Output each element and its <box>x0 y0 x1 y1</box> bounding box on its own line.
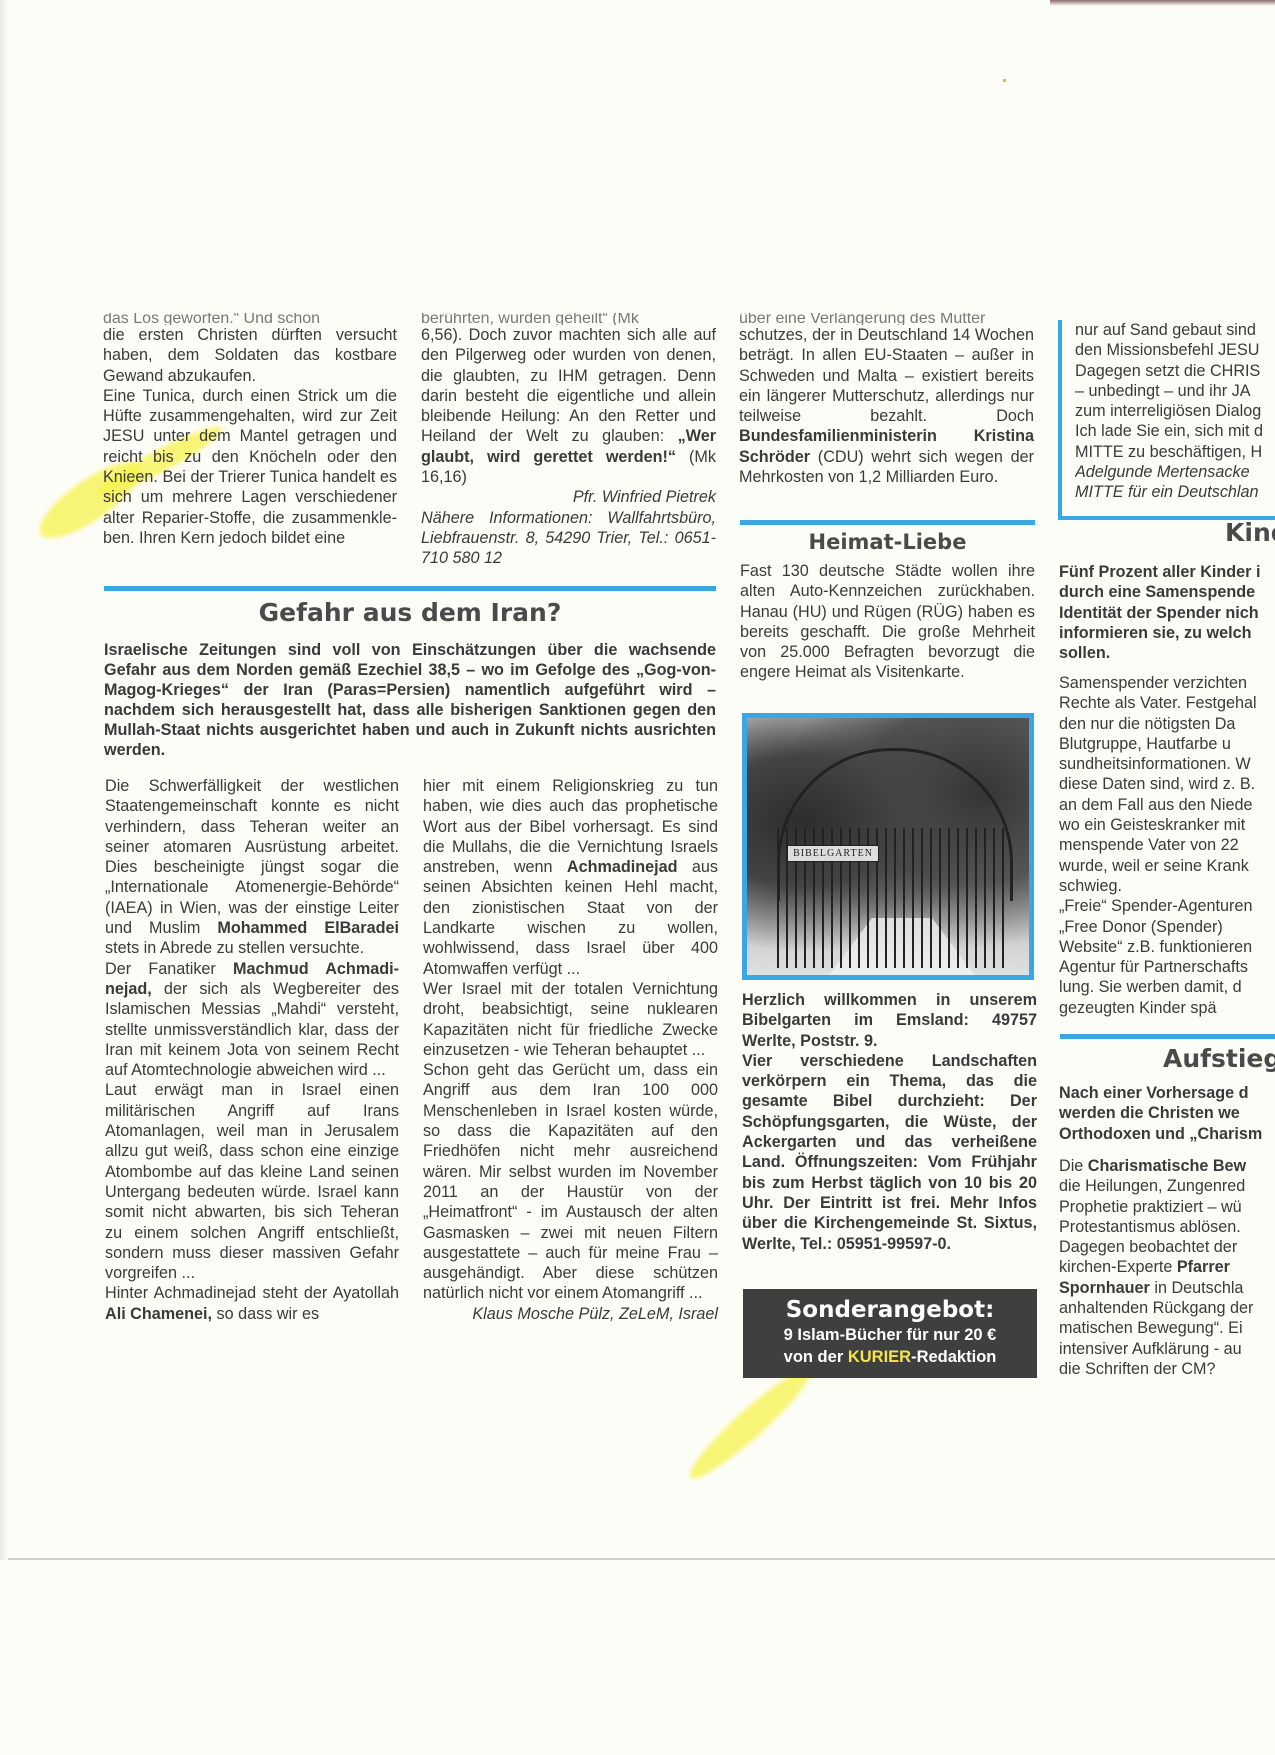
author-byline: MITTE für ein Deutschlan <box>1075 482 1275 502</box>
iran-column-2: hier mit einem Religionskrieg zu tun hab… <box>423 776 718 1324</box>
cut-line: über eine Verlängerung des Mutter­ <box>739 313 1034 325</box>
headline-heimat: Heimat-Liebe <box>740 530 1035 554</box>
bibelgarten-caption: Herzlich willkommen in unserem Bibelgart… <box>742 990 1037 1254</box>
paper-speck <box>1003 79 1006 82</box>
headline-iran: Gefahr aus dem Iran? <box>104 598 716 627</box>
section-divider <box>104 586 716 591</box>
page-edge <box>8 1558 1275 1560</box>
cut-line: berührten, wurden geheilt“ (Mk <box>421 313 716 325</box>
contact-info: Nähere Informationen: Wallfahrts­büro, L… <box>421 508 716 569</box>
special-offer-box[interactable]: Sonderangebot: 9 Islam-Bücher für nur 20… <box>743 1289 1037 1378</box>
highlighter-mark <box>681 1360 819 1488</box>
headline-aufstieg: Aufstieg <box>1163 1044 1275 1073</box>
aufstieg-lead: Nach einer Vorhersage d werden die Chris… <box>1059 1083 1275 1144</box>
section-divider <box>1060 1034 1275 1039</box>
iran-column-1: Die Schwerfälligkeit der westlichen Staa… <box>105 776 399 1324</box>
headline-kinder: Kind <box>1225 518 1275 547</box>
paragraph: 6,56). Doch zuvor machten sich alle auf … <box>421 325 716 487</box>
lead-iran: Israelische Zeitungen sind voll von Eins… <box>104 640 716 760</box>
offer-title: Sonderangebot: <box>743 1296 1037 1324</box>
paragraph: die ersten Christen dürften ver­sucht ha… <box>103 325 397 386</box>
cut-line: das Los geworfen.“ Und schon <box>103 313 397 325</box>
author-byline: Pfr. Winfried Pietrek <box>421 487 716 507</box>
section-divider <box>740 520 1035 525</box>
column-4-top: nur auf Sand gebaut sind den Missionsbef… <box>1075 320 1275 503</box>
bibelgarten-photo: BIBELGARTEN <box>742 713 1034 980</box>
gate-sign: BIBELGARTEN <box>787 845 879 862</box>
scan-edge <box>1050 0 1275 6</box>
kinder-body: Samenspender verzichten Rechte als Vater… <box>1059 673 1275 1018</box>
author-byline: Klaus Mosche Pülz, ZeLeM, Israel <box>423 1304 718 1324</box>
paragraph: schutzes, der in Deutschland 14 Wochen b… <box>739 325 1034 487</box>
column-3-top: über eine Verlängerung des Mutter­ schut… <box>739 313 1034 487</box>
aufstieg-body: Die Charismatische Bew die Heilungen, Zu… <box>1059 1156 1275 1379</box>
heimat-body: Fast 130 deutsche Städte wollen ihre alt… <box>740 561 1035 683</box>
scan-edge-left <box>0 0 8 1560</box>
author-byline: Adelgunde Mertensacke <box>1075 462 1275 482</box>
kurier-brand: KURIER <box>848 1348 911 1366</box>
offer-line: von der KURIER-Redaktion <box>743 1346 1037 1368</box>
column-2-top: berührten, wurden geheilt“ (Mk 6,56). Do… <box>421 313 716 569</box>
column-1-top: das Los geworfen.“ Und schon die ersten … <box>103 313 397 548</box>
paragraph: Eine Tunica, durch einen Strick um die H… <box>103 386 397 548</box>
kinder-lead: Fünf Prozent aller Kinder i durch eine S… <box>1059 562 1275 663</box>
offer-line: 9 Islam-Bücher für nur 20 € <box>743 1324 1037 1346</box>
